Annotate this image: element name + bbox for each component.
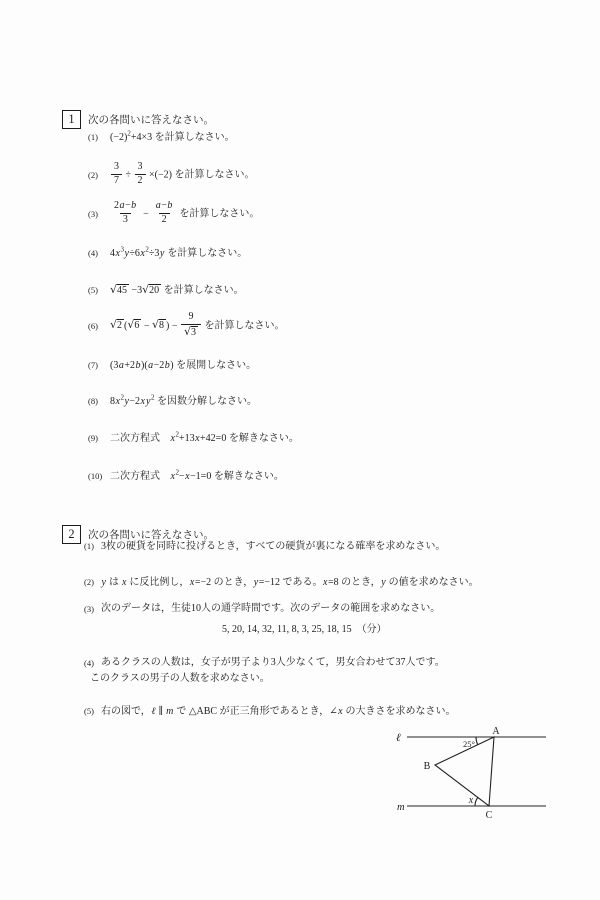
- section-1-header: 1 次の各問いに答えなさい。: [62, 110, 600, 130]
- problem-body: あるクラスの人数は，女子が男子より3人少なくて，男女合わせて37人です。このクラ…: [101, 656, 445, 685]
- problem-body: 37 ÷ 32 ×(−2) を計算しなさい。: [110, 163, 254, 187]
- problem-item: (7)(3a+2b)(a−2b) を展開しなさい。: [88, 358, 600, 372]
- problem-line: 37 ÷ 32 ×(−2) を計算しなさい。: [110, 163, 254, 187]
- problem-body: 二次方程式 x2−x−1=0 を解きなさい。: [110, 470, 284, 483]
- problem-line: 2a−b3 − a−b2 を計算しなさい。: [110, 202, 259, 226]
- section-1-problem-list: (1)(−2)2+4×3 を計算しなさい。(2)37 ÷ 32 ×(−2) を計…: [62, 130, 600, 483]
- problem-number: (4): [88, 246, 110, 260]
- geometry-figure-svg: ℓ m A B C 25° x: [385, 715, 560, 830]
- worksheet-page: 1 次の各問いに答えなさい。 (1)(−2)2+4×3 を計算しなさい。(2)3…: [0, 0, 600, 900]
- problem-number: (3): [88, 207, 110, 221]
- problem-number: (4): [84, 656, 101, 670]
- vertex-a-label: A: [492, 726, 500, 737]
- problem-body: 2a−b3 − a−b2 を計算しなさい。: [110, 202, 259, 226]
- problem-line: このクラスの男子の人数を求めなさい。: [90, 672, 445, 685]
- problem-item: (4)4x3y÷6x2÷3y を計算しなさい。: [88, 246, 600, 260]
- angle-x-label: x: [468, 795, 474, 806]
- problem-number: (2): [84, 575, 101, 589]
- problem-body: 次のデータは，生徒10人の通学時間です。次のデータの範囲を求めなさい。5, 20…: [101, 602, 440, 636]
- section-2-number: 2: [68, 528, 74, 541]
- section-1-title: 次の各問いに答えなさい。: [88, 114, 214, 127]
- line-l-label: ℓ: [396, 732, 401, 744]
- problem-line: 8x2y−2xy2 を因数分解しなさい。: [110, 395, 257, 408]
- problem-body: (3a+2b)(a−2b) を展開しなさい。: [110, 359, 256, 372]
- problem-number: (5): [84, 704, 101, 718]
- section-1: 1 次の各問いに答えなさい。 (1)(−2)2+4×3 を計算しなさい。(2)3…: [62, 110, 600, 483]
- problem-number: (1): [88, 130, 110, 144]
- section-1-number-box: 1: [62, 110, 81, 129]
- angle-arc-c: [475, 798, 478, 807]
- problem-body: y は x に反比例し，x=−2 のとき，y=−12 である。x=8 のとき，y…: [101, 576, 479, 589]
- problem-body: √45 −3√20 を計算しなさい。: [110, 283, 244, 297]
- problem-item: (8)8x2y−2xy2 を因数分解しなさい。: [88, 394, 600, 408]
- section-1-number: 1: [68, 113, 74, 126]
- problem-item: (10)二次方程式 x2−x−1=0 を解きなさい。: [88, 469, 600, 483]
- problem-line: (−2)2+4×3 を計算しなさい。: [110, 131, 235, 144]
- problem-body: 二次方程式 x2+13x+42=0 を解きなさい。: [110, 432, 299, 445]
- section-2-problem-list: (1)3枚の硬貨を同時に投げるとき，すべての硬貨が裏になる確率を求めなさい。(2…: [62, 539, 600, 718]
- problem-item: (3)2a−b3 − a−b2 を計算しなさい。: [88, 202, 600, 226]
- problem-body: 8x2y−2xy2 を因数分解しなさい。: [110, 395, 257, 408]
- problem-line: y は x に反比例し，x=−2 のとき，y=−12 である。x=8 のとき，y…: [101, 576, 479, 589]
- angle-arc-a: [476, 737, 478, 745]
- problem-line: 4x3y÷6x2÷3y を計算しなさい。: [110, 247, 247, 260]
- section-2-number-box: 2: [62, 525, 81, 544]
- problem-body: (−2)2+4×3 を計算しなさい。: [110, 131, 235, 144]
- problem-item: (2)37 ÷ 32 ×(−2) を計算しなさい。: [88, 163, 600, 187]
- problem-item: (2)y は x に反比例し，x=−2 のとき，y=−12 である。x=8 のと…: [84, 575, 600, 589]
- vertex-c-label: C: [486, 810, 493, 821]
- problem-number: (10): [88, 469, 110, 483]
- line-m-label: m: [397, 802, 405, 813]
- problem-body: √2(√6 − √8) − 9√3 を計算しなさい。: [110, 313, 285, 339]
- problem-item: (5)√45 −3√20 を計算しなさい。: [88, 283, 600, 297]
- problem-item: (6)√2(√6 − √8) − 9√3 を計算しなさい。: [88, 313, 600, 339]
- problem-number: (7): [88, 358, 110, 372]
- problem-line: 二次方程式 x2+13x+42=0 を解きなさい。: [110, 432, 299, 445]
- problem-line: 二次方程式 x2−x−1=0 を解きなさい。: [110, 470, 284, 483]
- problem-number: (9): [88, 431, 110, 445]
- vertex-b-label: B: [424, 761, 431, 772]
- problem-item: (1)(−2)2+4×3 を計算しなさい。: [88, 130, 600, 144]
- section-2-title: 次の各問いに答えなさい。: [88, 529, 214, 542]
- angle-25-label: 25°: [463, 739, 475, 749]
- section-2: 2 次の各問いに答えなさい。 (1)3枚の硬貨を同時に投げるとき，すべての硬貨が…: [62, 525, 600, 718]
- problem-line: あるクラスの人数は，女子が男子より3人少なくて，男女合わせて37人です。: [101, 656, 445, 669]
- problem-line: √45 −3√20 を計算しなさい。: [110, 283, 244, 297]
- problem-number: (2): [88, 168, 110, 182]
- problem-line: (3a+2b)(a−2b) を展開しなさい。: [110, 359, 256, 372]
- problem-number: (3): [84, 602, 101, 616]
- problem-number: (5): [88, 283, 110, 297]
- problem-number: (6): [88, 319, 110, 333]
- section-2-header: 2 次の各問いに答えなさい。: [62, 525, 600, 539]
- problem-line: 5, 20, 14, 32, 11, 8, 3, 25, 18, 15 （分）: [222, 623, 440, 636]
- problem-line: 次のデータは，生徒10人の通学時間です。次のデータの範囲を求めなさい。: [101, 602, 440, 615]
- problem-item: (9)二次方程式 x2+13x+42=0 を解きなさい。: [88, 431, 600, 445]
- problem-line: √2(√6 − √8) − 9√3 を計算しなさい。: [110, 313, 285, 339]
- geometry-figure: ℓ m A B C 25° x: [385, 715, 560, 830]
- problem-item: (3)次のデータは，生徒10人の通学時間です。次のデータの範囲を求めなさい。5,…: [84, 602, 600, 636]
- problem-body: 4x3y÷6x2÷3y を計算しなさい。: [110, 247, 247, 260]
- problem-item: (4)あるクラスの人数は，女子が男子より3人少なくて，男女合わせて37人です。こ…: [84, 656, 600, 685]
- problem-number: (8): [88, 394, 110, 408]
